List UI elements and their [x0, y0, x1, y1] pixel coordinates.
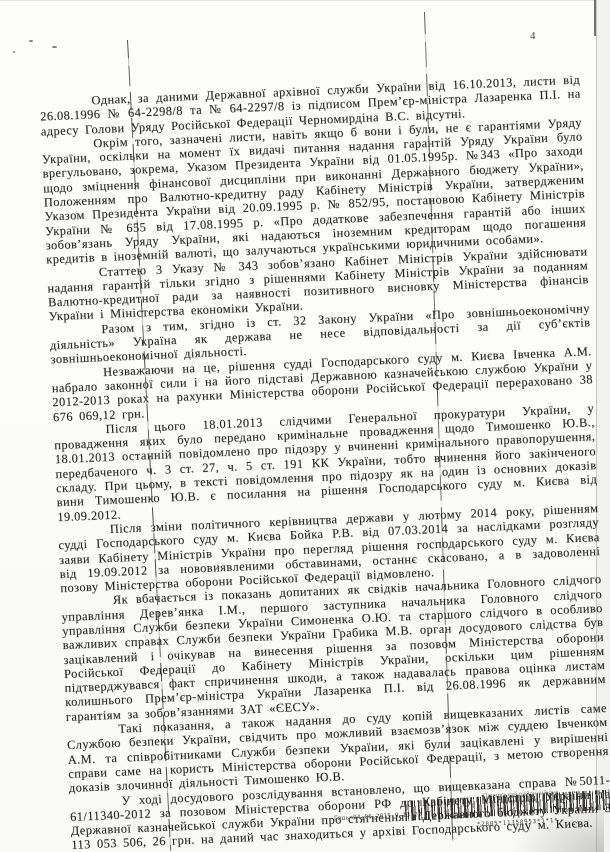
scanned-page: 4 Однак, за даними Державної архівної сл…	[0, 0, 610, 852]
document-text: Однак, за даними Державної архівної служ…	[39, 72, 610, 852]
scan-speck	[13, 51, 15, 53]
paragraph: Як вбачається із показань допитаних як с…	[61, 572, 607, 724]
scan-speck	[29, 40, 33, 42]
scan-top-edge	[0, 0, 610, 1]
scan-speck	[52, 46, 57, 48]
paragraph: Окрім того, зазначені листи, навіть якщо…	[41, 115, 587, 267]
page-edge-mark	[594, 0, 596, 36]
page-number: 4	[530, 30, 537, 42]
